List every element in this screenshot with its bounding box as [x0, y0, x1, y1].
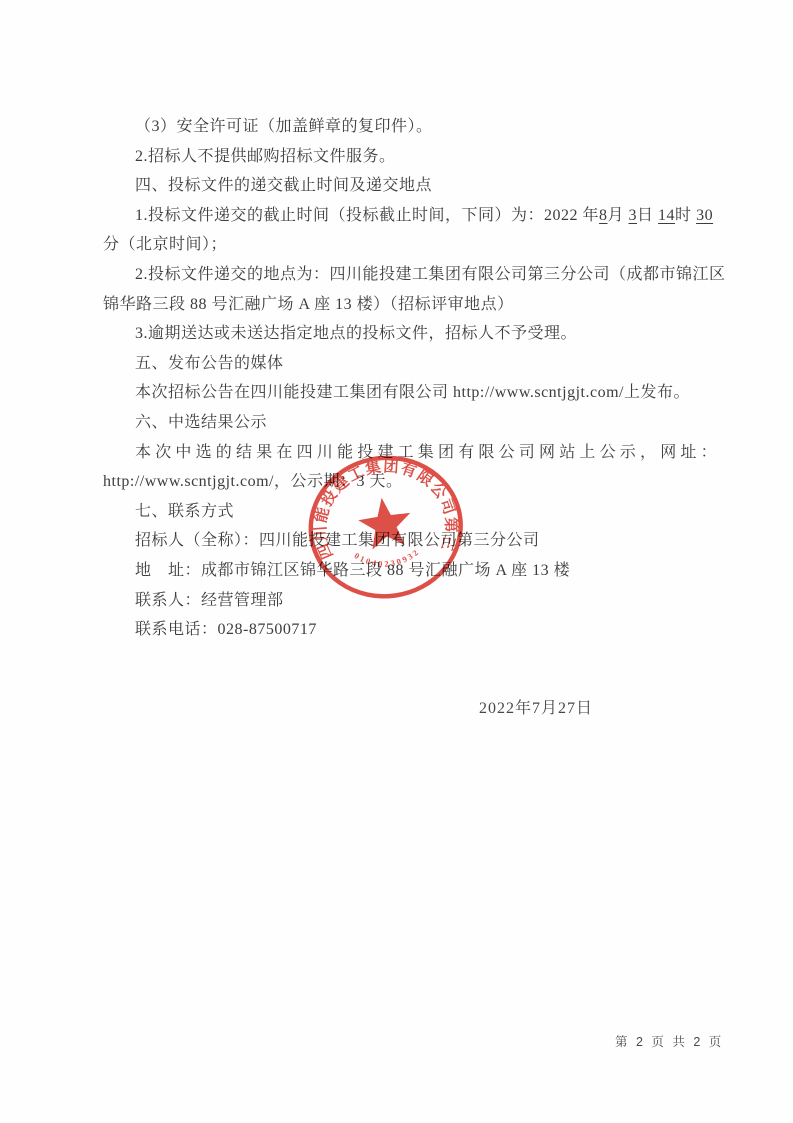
text-segment: 2.投标文件递交的地点为：四川能投建工集团有限公司第三分公司（成都市锦江区	[135, 266, 726, 283]
doc-line: 1.投标文件递交的截止时间（投标截止时间，下同）为：2022 年8月 3日 14…	[103, 201, 731, 231]
seal-number-text: 01040230932	[352, 542, 424, 573]
text-segment: （3）安全许可证（加盖鲜章的复印件）。	[135, 118, 433, 135]
underlined-value: 3	[629, 207, 638, 224]
seal-star-icon	[356, 494, 415, 551]
doc-line: 联系电话：028-87500717	[103, 615, 731, 645]
text-segment: 锦华路三段 88 号汇融广场 A 座 13 楼）（招标评审地点）	[103, 296, 514, 313]
seal-graphic: 四川能投建工集团有限公司第三分公司 01040230932	[292, 439, 480, 619]
text-segment: 四、投标文件的递交截止时间及递交地点	[135, 177, 432, 194]
doc-line: 2.投标文件递交的地点为：四川能投建工集团有限公司第三分公司（成都市锦江区	[103, 260, 731, 290]
doc-line: 四、投标文件的递交截止时间及递交地点	[103, 171, 731, 201]
doc-line: 五、发布公告的媒体	[103, 349, 731, 379]
page-number: 第 2 页 共 2 页	[615, 1032, 724, 1050]
doc-line: （3）安全许可证（加盖鲜章的复印件）。	[103, 112, 731, 142]
underlined-value: 30	[696, 207, 713, 224]
doc-line: 六、中选结果公示	[103, 408, 731, 438]
doc-line: 锦华路三段 88 号汇融广场 A 座 13 楼）（招标评审地点）	[103, 290, 731, 320]
text-segment: 3.逾期送达或未送达指定地点的投标文件，招标人不予受理。	[135, 325, 577, 342]
text-segment: 分（北京时间）；	[103, 236, 227, 253]
text-segment: 1.投标文件递交的截止时间（投标截止时间，下同）为：2022 年	[135, 207, 599, 224]
text-segment: 联系人：经营管理部	[135, 592, 284, 609]
text-segment: 日	[637, 207, 658, 224]
text-segment: 六、中选结果公示	[135, 414, 267, 431]
document-date: 2022年7月27日	[479, 695, 593, 718]
text-segment: 时	[675, 207, 696, 224]
doc-line: 分（北京时间）；	[103, 230, 731, 260]
text-segment: 月	[608, 207, 629, 224]
doc-line: 本次招标公告在四川能投建工集团有限公司 http://www.scntjgjt.…	[103, 378, 731, 408]
text-segment: 2.招标人不提供邮购招标文件服务。	[135, 148, 396, 165]
text-segment: 七、联系方式	[135, 503, 234, 520]
scanned-document-page: （3）安全许可证（加盖鲜章的复印件）。2.招标人不提供邮购招标文件服务。四、投标…	[0, 0, 793, 1123]
text-segment: 五、发布公告的媒体	[135, 355, 284, 372]
underlined-value: 14	[658, 207, 675, 224]
text-segment: 本次招标公告在四川能投建工集团有限公司 http://www.scntjgjt.…	[135, 384, 690, 401]
underlined-value: 8	[599, 207, 608, 224]
text-segment: 联系电话：028-87500717	[135, 621, 317, 638]
doc-line: 2.招标人不提供邮购招标文件服务。	[103, 142, 731, 172]
official-seal-stamp: 四川能投建工集团有限公司第三分公司 01040230932	[292, 439, 480, 619]
doc-line: 3.逾期送达或未送达指定地点的投标文件，招标人不予受理。	[103, 319, 731, 349]
